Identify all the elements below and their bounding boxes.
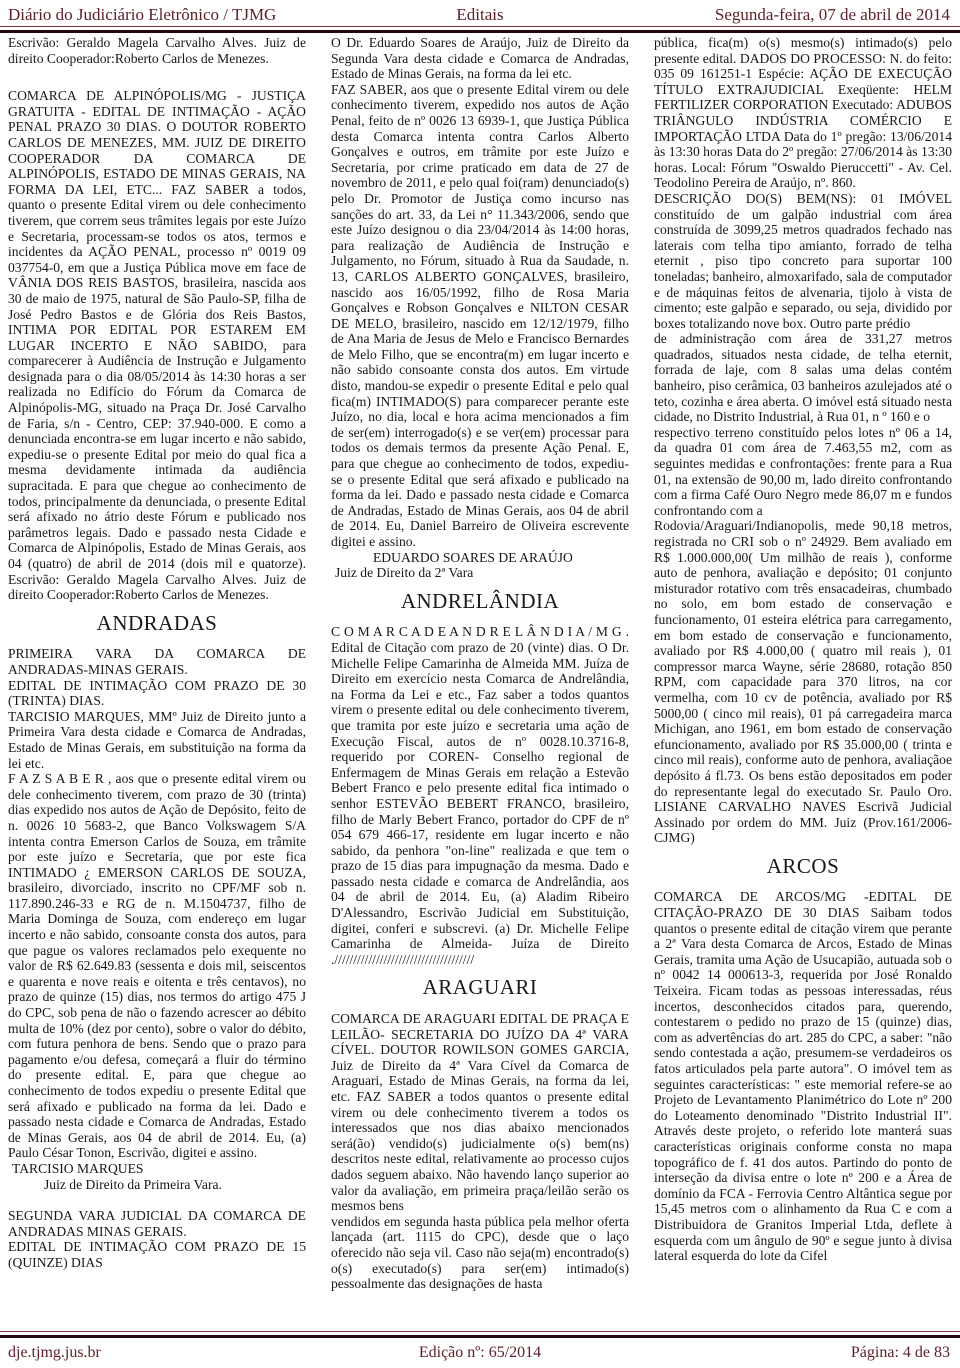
- footer-rule: [0, 1331, 960, 1338]
- page-number: Página: 4 de 83: [851, 1344, 950, 1362]
- page-header: Diário do Judiciário Eletrônico / TJMG E…: [0, 0, 960, 25]
- issue-date: Segunda-feira, 07 de abril de 2014: [715, 5, 950, 25]
- gazette-page: Diário do Judiciário Eletrônico / TJMG E…: [0, 0, 960, 1368]
- edital-columns: Escrivão: Geraldo Magela Carvalho Alves.…: [8, 35, 952, 1326]
- city-heading-andrelandia: ANDRELÂNDIA: [331, 594, 629, 610]
- araguari-asset-description-3: respectivo terreno constituído pelos lot…: [654, 425, 952, 519]
- edition-number: Edição nº: 65/2014: [0, 1344, 960, 1362]
- araguari-asset-description-4: Rodovia/Araguari/Indianopolis, mede 90,1…: [654, 518, 952, 845]
- arcos-edital: COMARCA DE ARCOS/MG -EDITAL DE CITAÇÃO-P…: [654, 889, 952, 1263]
- andradas-edital30-body: F A Z S A B E R , aos que o presente edi…: [8, 771, 306, 1161]
- alpinopolis-edital: COMARCA DE ALPINÓPOLIS/MG - JUSTIÇA GRAT…: [8, 88, 306, 603]
- column-1: Escrivão: Geraldo Magela Carvalho Alves.…: [8, 35, 306, 1326]
- city-heading-arcos: ARCOS: [654, 859, 952, 875]
- andradas-vara2-judge-intro: O Dr. Eduardo Soares de Araújo, Juiz de …: [331, 35, 629, 82]
- alpinopolis-signature-intro: Escrivão: Geraldo Magela Carvalho Alves.…: [8, 35, 306, 66]
- header-rule: [0, 26, 960, 33]
- araguari-edital-part1: COMARCA DE ARAGUARI EDITAL DE PRAÇA E LE…: [331, 1011, 629, 1214]
- andradas-judge-intro: TARCISIO MARQUES, MMº Juiz de Direito ju…: [8, 709, 306, 771]
- araguari-asset-description-1: DESCRIÇÃO DO(S) BEM(NS): 01 IMÓVEL const…: [654, 191, 952, 331]
- andradas-vara1-title: PRIMEIRA VARA DA COMARCA DE ANDRADAS-MIN…: [8, 646, 306, 677]
- andradas-edital30-title: EDITAL DE INTIMAÇÃO COM PRAZO DE 30 (TRI…: [8, 678, 306, 709]
- araguari-process-data: pública, fica(m) o(s) mesmo(s) intimado(…: [654, 35, 952, 191]
- andradas-vara2-title: SEGUNDA VARA JUDICIAL DA COMARCA DE ANDR…: [8, 1208, 306, 1239]
- column-3: pública, fica(m) o(s) mesmo(s) intimado(…: [654, 35, 952, 1326]
- signature-name: TARCISIO MARQUES: [8, 1161, 306, 1177]
- signature-name: EDUARDO SOARES DE ARAÚJO: [331, 550, 629, 566]
- araguari-asset-description-2: de administração com área de 331,27 metr…: [654, 331, 952, 425]
- andradas-edital15-title: EDITAL DE INTIMAÇÃO COM PRAZO DE 15 (QUI…: [8, 1239, 306, 1270]
- signature-role: Juiz de Direito da Primeira Vara.: [8, 1177, 306, 1193]
- column-2: O Dr. Eduardo Soares de Araújo, Juiz de …: [331, 35, 629, 1326]
- city-heading-araguari: ARAGUARI: [331, 980, 629, 996]
- city-heading-andradas: ANDRADAS: [8, 616, 306, 632]
- andrelandia-edital: C O M A R C A D E A N D R E L Â N D I A …: [331, 624, 629, 967]
- andradas-edital15-body: FAZ SABER, aos que o presente Edital vir…: [331, 82, 629, 550]
- page-footer: dje.tjmg.jus.br Edição nº: 65/2014 Págin…: [0, 1342, 960, 1364]
- araguari-edital-part2: vendidos em segunda hasta pública pela m…: [331, 1214, 629, 1292]
- signature-role: Juiz de Direito da 2ª Vara: [331, 565, 629, 581]
